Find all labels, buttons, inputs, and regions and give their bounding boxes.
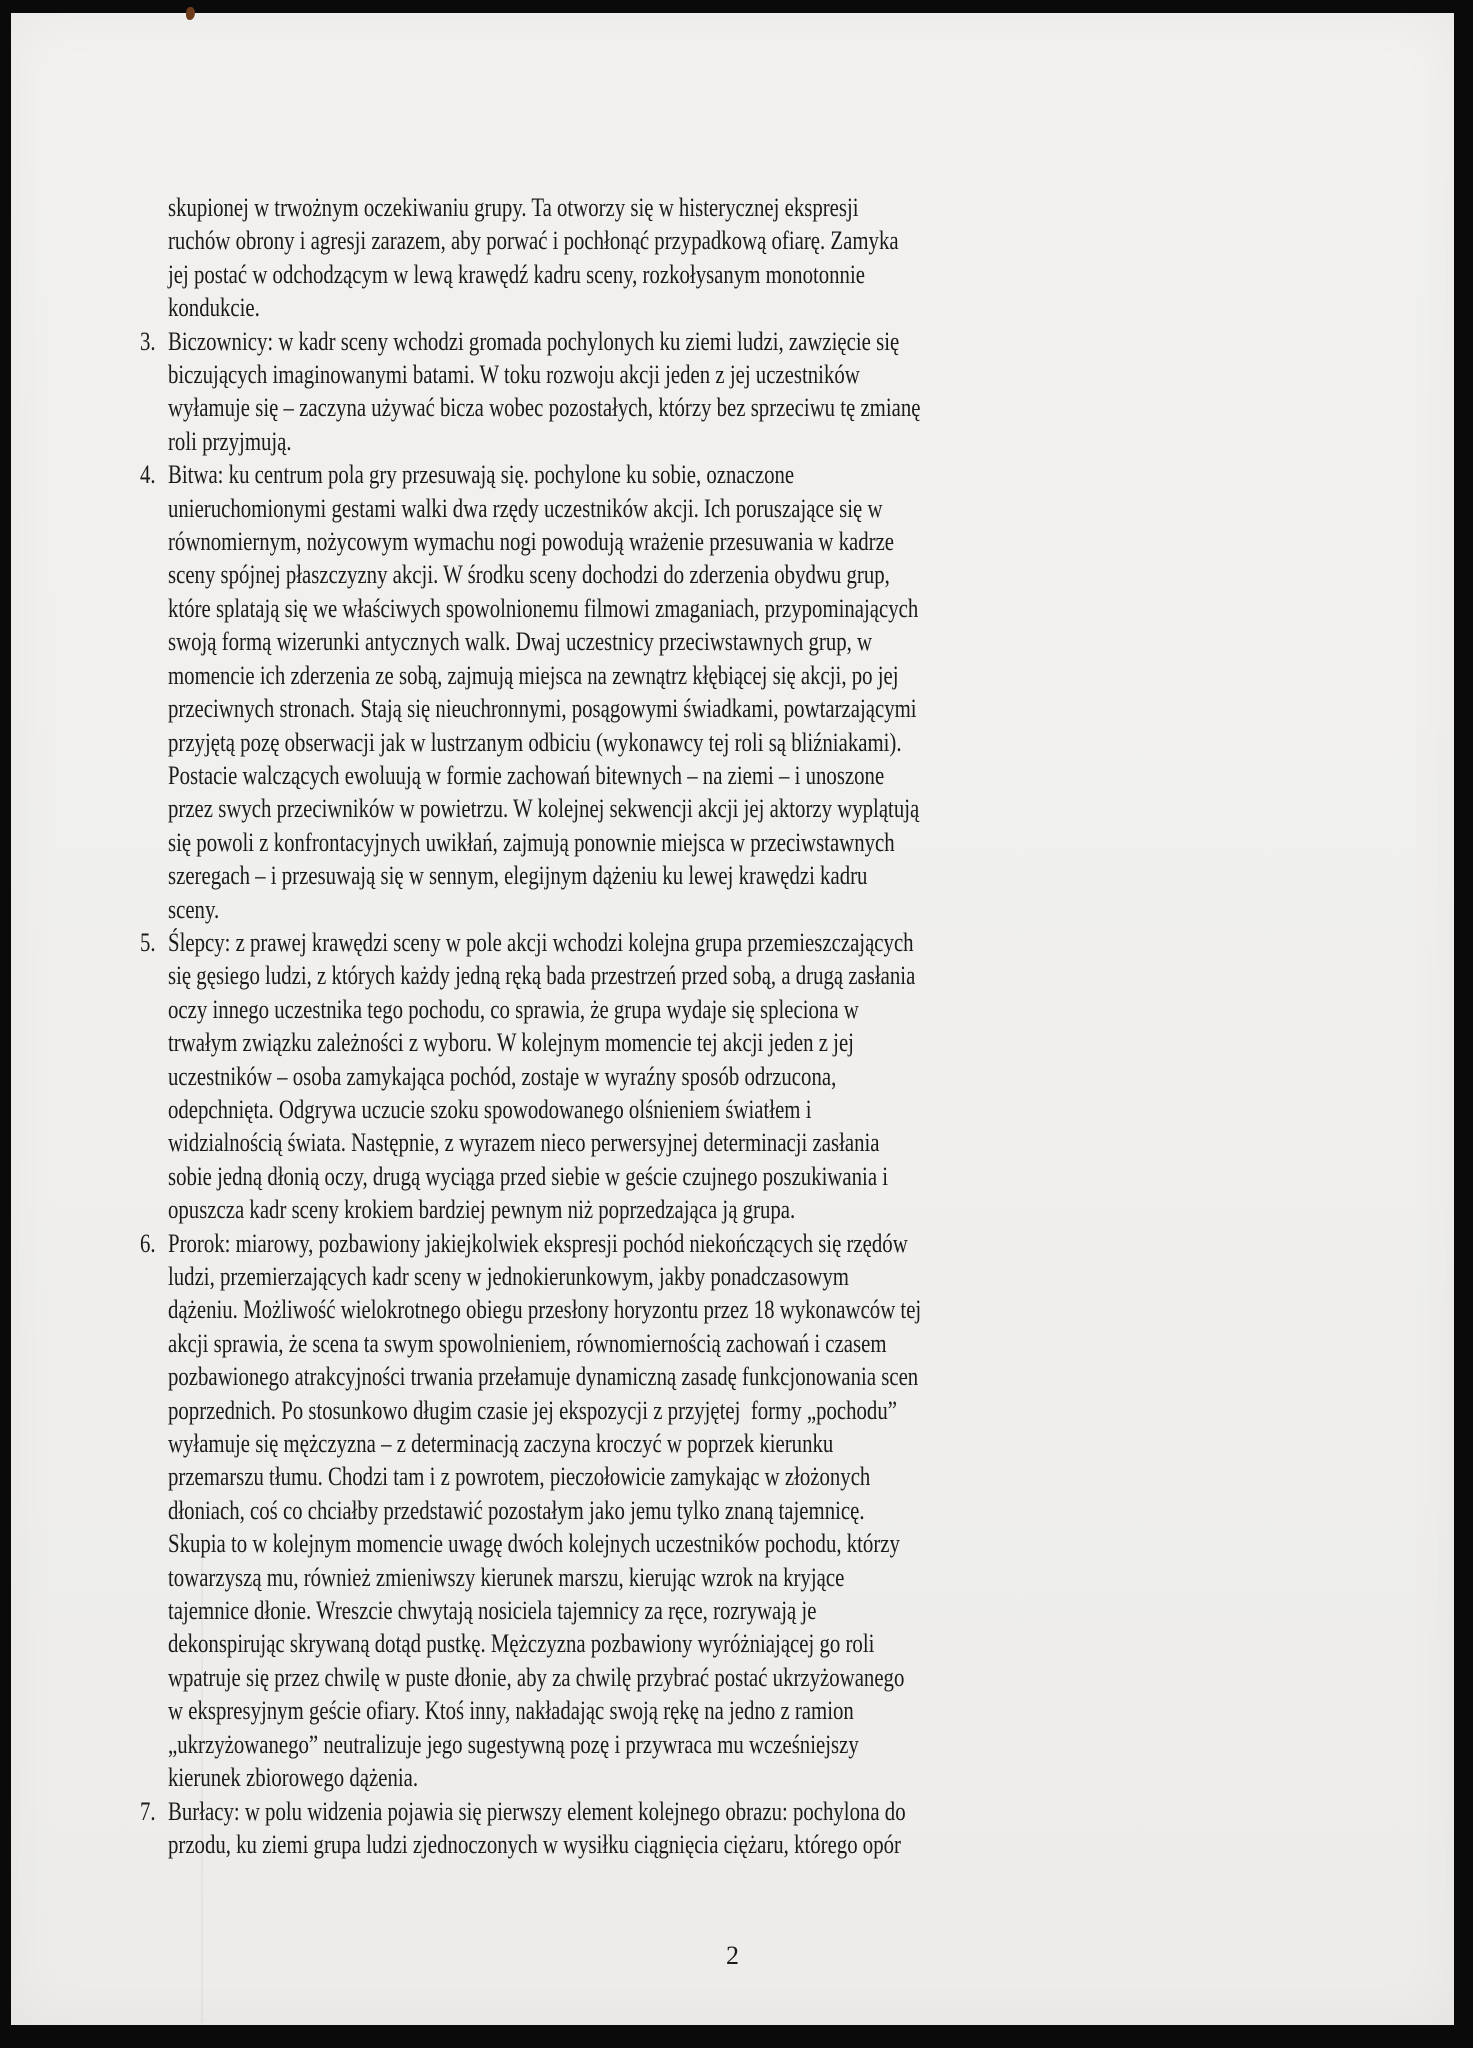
paper-speck bbox=[186, 7, 195, 20]
text-line: opuszcza kadr sceny krokiem bardziej pew… bbox=[168, 1193, 1020, 1226]
text-line: przez swych przeciwników w powietrzu. W … bbox=[168, 792, 1020, 825]
item-number: 6. bbox=[140, 1227, 156, 1260]
text-line: przyjętą pozę obserwacji jak w lustrzany… bbox=[168, 726, 1020, 759]
text-line: uczestników – osoba zamykająca pochód, z… bbox=[168, 1060, 1020, 1093]
text-line: dłoniach, coś co chciałby przedstawić po… bbox=[168, 1494, 1020, 1527]
text-line: równomiernym, nożycowym wymachu nogi pow… bbox=[168, 525, 1020, 558]
text-line: dążeniu. Możliwość wielokrotnego obiegu … bbox=[168, 1293, 1020, 1326]
list-item-3: 3.Biczownicy: w kadr sceny wchodzi groma… bbox=[140, 325, 1020, 459]
text-line: trwałym związku zależności z wyboru. W k… bbox=[168, 1026, 1020, 1059]
text-line: Postacie walczących ewoluują w formie za… bbox=[168, 759, 1020, 792]
scan-background: skupionej w trwożnym oczekiwaniu grupy. … bbox=[0, 0, 1473, 2048]
page-number: 2 bbox=[11, 1941, 1454, 1971]
text-line: Bitwa: ku centrum pola gry przesuwają si… bbox=[168, 458, 1020, 491]
text-line: momencie ich zderzenia ze sobą, zajmują … bbox=[168, 659, 1020, 692]
text-line: oczy innego uczestnika tego pochodu, co … bbox=[168, 993, 1020, 1026]
text-line: wyłamuje się – zaczyna używać bicza wobe… bbox=[168, 391, 1020, 424]
text-line: Skupia to w kolejnym momencie uwagę dwóc… bbox=[168, 1527, 1020, 1560]
text-line: sceny. bbox=[168, 893, 1020, 926]
text-line: dekonspirując skrywaną dotąd pustkę. Męż… bbox=[168, 1627, 1020, 1660]
text-line: unieruchomionymi gestami walki dwa rzędy… bbox=[168, 492, 1020, 525]
text-line: się gęsiego ludzi, z których każdy jedną… bbox=[168, 959, 1020, 992]
text-line: sobie jedną dłonią oczy, drugą wyciąga p… bbox=[168, 1160, 1020, 1193]
text-line: które splatają się we właściwych spowoln… bbox=[168, 592, 1020, 625]
text-line: poprzednich. Po stosunkowo długim czasie… bbox=[168, 1394, 1020, 1427]
text-line: biczujących imaginowanymi batami. W toku… bbox=[168, 358, 1020, 391]
list-item-4: 4.Bitwa: ku centrum pola gry przesuwają … bbox=[140, 458, 1020, 926]
item-number: 4. bbox=[140, 458, 156, 491]
text-line: Burłacy: w polu widzenia pojawia się pie… bbox=[168, 1795, 1020, 1828]
text-line: sceny spójnej płaszczyzny akcji. W środk… bbox=[168, 558, 1020, 591]
text-line: odepchnięta. Odgrywa uczucie szoku spowo… bbox=[168, 1093, 1020, 1126]
text-line: przodu, ku ziemi grupa ludzi zjednoczony… bbox=[168, 1828, 1020, 1861]
text-line: szeregach – i przesuwają się w sennym, e… bbox=[168, 859, 1020, 892]
text-line: kierunek zbiorowego dążenia. bbox=[168, 1761, 1020, 1794]
text-line: się powoli z konfrontacyjnych uwikłań, z… bbox=[168, 826, 1020, 859]
text-line: skupionej w trwożnym oczekiwaniu grupy. … bbox=[168, 191, 1020, 224]
text-line: akcji sprawia, że scena ta swym spowolni… bbox=[168, 1327, 1020, 1360]
list-item-6: 6.Prorok: miarowy, pozbawiony jakiejkolw… bbox=[140, 1227, 1020, 1795]
document-text: skupionej w trwożnym oczekiwaniu grupy. … bbox=[140, 191, 1020, 1861]
text-line: roli przyjmują. bbox=[168, 425, 1020, 458]
text-line: Biczownicy: w kadr sceny wchodzi gromada… bbox=[168, 325, 1020, 358]
list-item-5: 5.Ślepcy: z prawej krawędzi sceny w pole… bbox=[140, 926, 1020, 1227]
item-number: 7. bbox=[140, 1795, 156, 1828]
text-line: Ślepcy: z prawej krawędzi sceny w pole a… bbox=[168, 926, 1020, 959]
text-line: towarzyszą mu, również zmieniwszy kierun… bbox=[168, 1561, 1020, 1594]
text-line: kondukcie. bbox=[168, 291, 1020, 324]
text-line: przeciwnych stronach. Stają się nieuchro… bbox=[168, 692, 1020, 725]
text-line: wyłamuje się mężczyzna – z determinacją … bbox=[168, 1427, 1020, 1460]
text-line: widzialnością świata. Następnie, z wyraz… bbox=[168, 1126, 1020, 1159]
text-line: Prorok: miarowy, pozbawiony jakiejkolwie… bbox=[168, 1227, 1020, 1260]
text-line: jej postać w odchodzącym w lewą krawędź … bbox=[168, 258, 1020, 291]
text-line: „ukrzyżowanego” neutralizuje jego sugest… bbox=[168, 1728, 1020, 1761]
text-line: tajemnice dłonie. Wreszcie chwytają nosi… bbox=[168, 1594, 1020, 1627]
text-line: ludzi, przemierzających kadr sceny w jed… bbox=[168, 1260, 1020, 1293]
text-line: wpatruje się przez chwilę w puste dłonie… bbox=[168, 1661, 1020, 1694]
list-item-7: 7.Burłacy: w polu widzenia pojawia się p… bbox=[140, 1795, 1020, 1862]
text-line: pozbawionego atrakcyjności trwania przeł… bbox=[168, 1360, 1020, 1393]
text-line: ruchów obrony i agresji zarazem, aby por… bbox=[168, 224, 1020, 257]
text-line: swoją formą wizerunki antycznych walk. D… bbox=[168, 625, 1020, 658]
text-line: przemarszu tłumu. Chodzi tam i z powrote… bbox=[168, 1460, 1020, 1493]
text-line: w ekspresyjnym geście ofiary. Ktoś inny,… bbox=[168, 1694, 1020, 1727]
document-page: skupionej w trwożnym oczekiwaniu grupy. … bbox=[11, 13, 1454, 2025]
paragraph-continuation: skupionej w trwożnym oczekiwaniu grupy. … bbox=[140, 191, 1020, 325]
item-number: 3. bbox=[140, 325, 156, 358]
item-number: 5. bbox=[140, 926, 156, 959]
